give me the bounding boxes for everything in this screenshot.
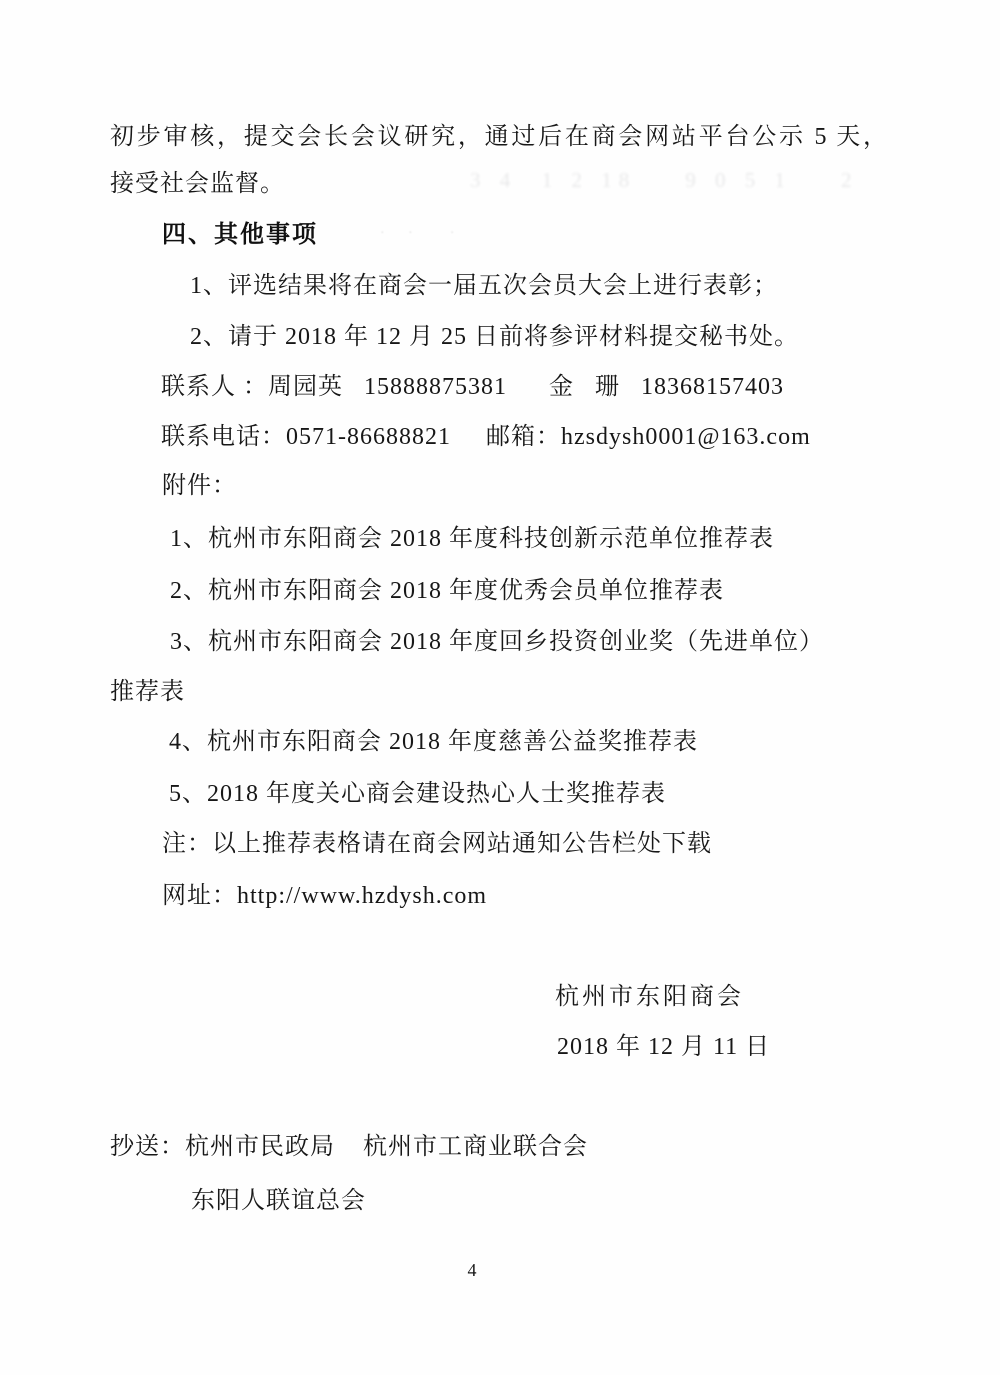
- section-heading-other-matters: 四、其他事项: [162, 220, 318, 249]
- contact-phone-email-line: 联系电话：0571-86688821 邮箱：hzsdysh0001@163.co…: [161, 423, 811, 452]
- scanned-document-page: 3 4 1 2 18 9 0 5 1 2 · · · 初步审核，提交会长会议研究…: [0, 0, 1000, 1375]
- contact-persons-line: 联系人 ：周园英 15888875381 金 珊 18368157403: [161, 373, 784, 402]
- list-item-1: 1、评选结果将在商会一届五次会员大会上进行表彰；: [190, 272, 778, 301]
- attachment-item-3: 3、杭州市东阳商会 2018 年度回乡投资创业奖（先进单位）: [170, 628, 824, 657]
- attachment-item-2: 2、杭州市东阳商会 2018 年度优秀会员单位推荐表: [170, 577, 724, 606]
- attachment-item-3-continuation: 推荐表: [110, 678, 185, 707]
- scan-speck-artifact: · · ·: [380, 226, 465, 242]
- body-line-continuation: 初步审核，提交会长会议研究，通过后在商会网站平台公示 5 天，: [110, 123, 888, 152]
- attachment-item-5: 5、2018 年度关心商会建设热心人士奖推荐表: [169, 780, 666, 809]
- body-line-2: 接受社会监督。: [110, 170, 285, 199]
- attachments-label: 附件：: [162, 472, 237, 501]
- download-note-line: 注：以上推荐表格请在商会网站通知公告栏处下载: [162, 830, 712, 859]
- attachment-item-1: 1、杭州市东阳商会 2018 年度科技创新示范单位推荐表: [170, 525, 774, 554]
- signature-organization: 杭州市东阳商会: [555, 983, 744, 1012]
- list-item-2: 2、请于 2018 年 12 月 25 日前将参评材料提交秘书处。: [190, 323, 799, 352]
- signature-date: 2018 年 12 月 11 日: [557, 1033, 770, 1062]
- attachment-item-4: 4、杭州市东阳商会 2018 年度慈善公益奖推荐表: [169, 728, 698, 757]
- cc-line-2: 东阳人联谊总会: [191, 1187, 366, 1216]
- website-line: 网址：http://www.hzdysh.com: [162, 882, 487, 911]
- cc-line-1: 抄送：杭州市民政局 杭州市工商业联合会: [110, 1133, 588, 1162]
- page-number: 4: [0, 1260, 972, 1282]
- scan-bleed-artifact: 3 4 1 2 18 9 0 5 1 2: [470, 168, 859, 193]
